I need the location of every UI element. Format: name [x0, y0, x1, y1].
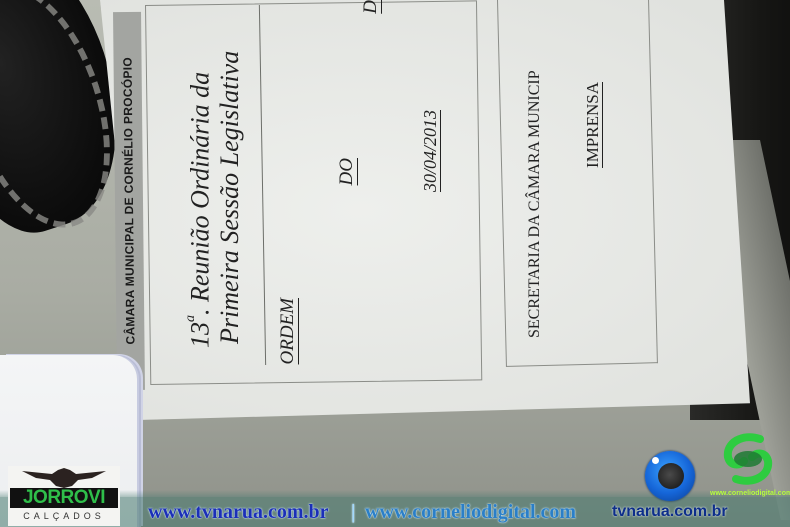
photo-scene: CÂMARA MUNICIPAL DE CORNÉLIO PROCÓPIO 13…: [0, 0, 790, 527]
title-line-2: Primeira Sessão Legislativa: [215, 34, 245, 344]
eye-logo-icon: [645, 451, 695, 501]
secretaria-box: [497, 0, 658, 367]
session-number: 13: [186, 322, 215, 348]
word-ordem: ORDEM: [277, 298, 299, 364]
eagle-icon: [22, 468, 106, 488]
eye-pupil: [658, 463, 684, 489]
session-date: 30/04/2013: [420, 110, 441, 192]
header-banner: CÂMARA MUNICIPAL DE CORNÉLIO PROCÓPIO: [113, 12, 145, 390]
secretaria-text: SECRETARIA DA CÂMARA MUNICIP: [526, 0, 544, 338]
jorrovi-logo: JORROVI CALÇADOS: [8, 466, 120, 526]
corneliodigital-small-text: www.corneliodigital.com: [710, 490, 790, 497]
title-line-1: 13a. Reunião Ordinária da: [183, 38, 216, 348]
ordinal-sup: a: [183, 315, 198, 322]
corneliodigital-logo-icon: [720, 431, 776, 487]
watermark-url-corneliodigital: www.corneliodigital.com: [365, 501, 576, 524]
watermark-separator: |: [351, 501, 355, 524]
logo-name: JORROVI: [10, 488, 118, 508]
watermark-url-tvnarua: www.tvnarua.com.br: [148, 501, 329, 524]
word-do: DO: [336, 158, 358, 185]
logo-subtitle: CALÇADOS: [10, 511, 118, 521]
eye-glint: [652, 457, 659, 464]
imprensa-text: IMPRENSA: [583, 82, 603, 168]
banner-text: CÂMARA MUNICIPAL DE CORNÉLIO PROCÓPIO: [120, 57, 137, 345]
title-rest: . Reunião Ordinária da: [186, 72, 215, 315]
word-d-partial: D: [360, 0, 382, 14]
watermark-url-tvnarua-short: tvnarua.com.br: [612, 503, 728, 521]
